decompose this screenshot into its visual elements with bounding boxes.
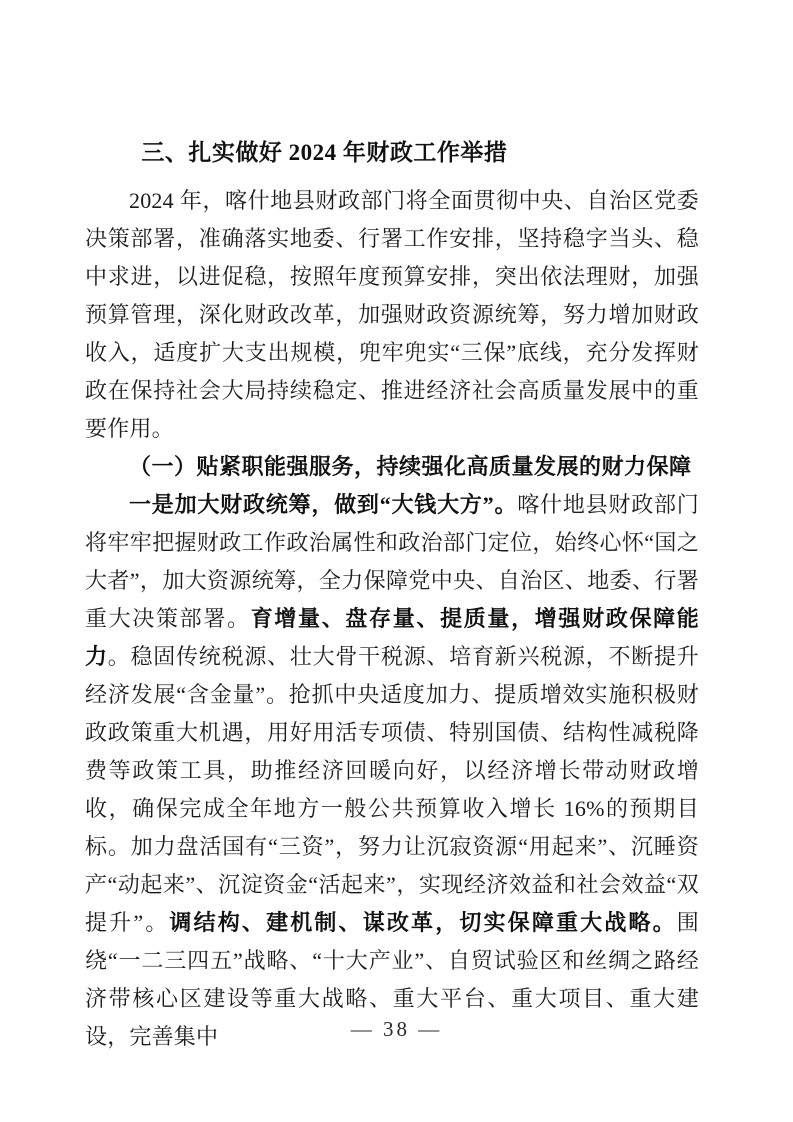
bold-text-run: （一）贴紧职能强服务，持续强化高质量发展的财力保障 <box>129 454 692 479</box>
section-heading: 三、扎实做好 2024 年财政工作举措 <box>85 134 699 172</box>
subsection-heading: （一）贴紧职能强服务，持续强化高质量发展的财力保障 <box>85 448 699 486</box>
text-run: 。稳固传统税源、壮大骨干税源、培育新兴税源，不断提升经济发展“含金量”。抢抓中央… <box>85 644 699 935</box>
bold-text-run: 调结构、建机制、谋改革，切实保障重大战略。 <box>169 910 676 935</box>
document-content: 三、扎实做好 2024 年财政工作举措 2024 年，喀什地县财政部门将全面贯彻… <box>85 134 699 1056</box>
page-number: — 38 — <box>0 1016 793 1042</box>
intro-paragraph: 2024 年，喀什地县财政部门将全面贯彻中央、自治区党委决策部署，准确落实地委、… <box>85 182 699 448</box>
bold-text-run: 一是加大财政统筹，做到“大钱大方”。 <box>129 492 517 517</box>
text-run: 2024 年，喀什地县财政部门将全面贯彻中央、自治区党委决策部署，准确落实地委、… <box>85 188 699 441</box>
document-body: 2024 年，喀什地县财政部门将全面贯彻中央、自治区党委决策部署，准确落实地委、… <box>85 182 699 1056</box>
document-page: 三、扎实做好 2024 年财政工作举措 2024 年，喀什地县财政部门将全面贯彻… <box>0 0 793 1122</box>
measure-one-paragraph: 一是加大财政统筹，做到“大钱大方”。喀什地县财政部门将牢牢把握财政工作政治属性和… <box>85 486 699 1056</box>
